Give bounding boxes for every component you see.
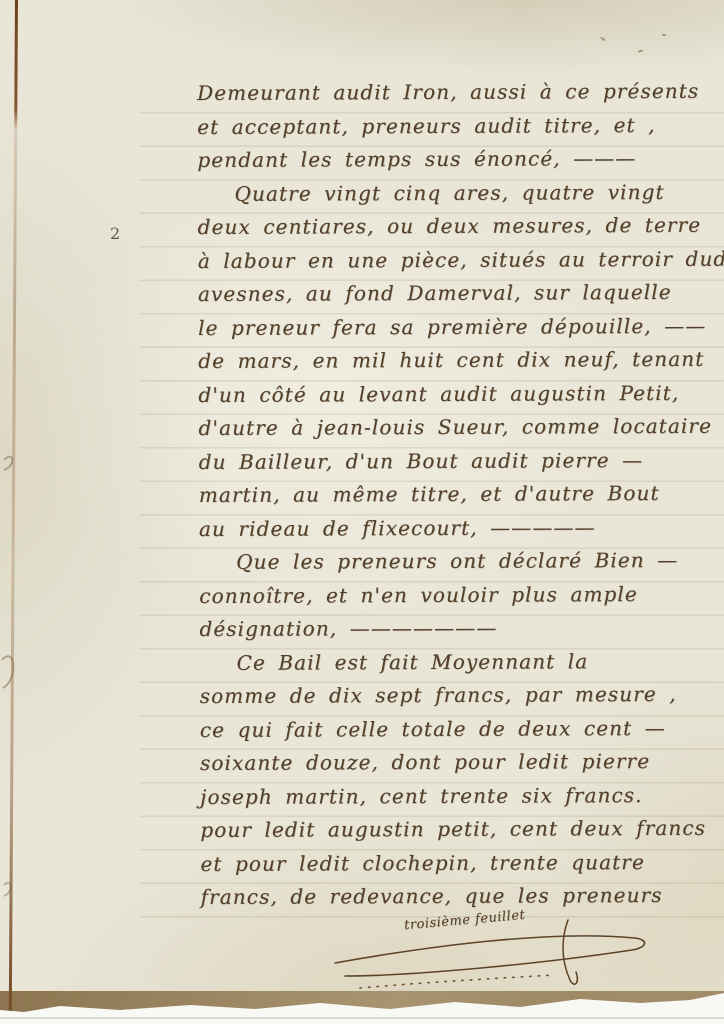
folio-number: 2	[110, 224, 120, 243]
ink-specks	[590, 30, 680, 70]
manuscript-line: du Bailleur, d'un Bout audit pierre —	[199, 443, 724, 479]
manuscript-page: 2 Demeurant audit Iron, aussi à ce prése…	[0, 0, 724, 1013]
manuscript-line: Que les preneurs ont déclaré Bien —	[199, 544, 724, 580]
signature-flourish-icon	[320, 918, 660, 996]
manuscript-line: deux centiares, ou deux mesures, de terr…	[198, 209, 724, 245]
manuscript-line: somme de dix sept francs, par mesure ,	[200, 678, 724, 714]
manuscript-line: à labour en une pièce, situés au terroir…	[198, 242, 724, 278]
manuscript-line: au rideau de flixecourt, —————	[199, 510, 724, 546]
manuscript-line: ce qui fait celle totale de deux cent —	[200, 711, 724, 747]
manuscript-line: le preneur fera sa première dépouille, —…	[198, 309, 724, 345]
manuscript-line: Quatre vingt cinq ares, quatre vingt	[197, 175, 724, 211]
ink-showthrough-marks	[0, 440, 30, 910]
manuscript-line: et acceptant, preneurs audit titre, et ,	[197, 108, 724, 144]
scanned-document: 2 Demeurant audit Iron, aussi à ce prése…	[0, 0, 724, 1024]
manuscript-line: avesnes, au fond Damerval, sur laquelle	[198, 276, 724, 312]
manuscript-line: joseph martin, cent trente six francs.	[200, 778, 724, 814]
manuscript-text: Demeurant audit Iron, aussi à ce présent…	[197, 75, 724, 915]
scan-background-line	[0, 1017, 724, 1019]
manuscript-line: soixante douze, dont pour ledit pierre	[200, 745, 724, 781]
manuscript-line: de mars, en mil huit cent dix neuf, tena…	[198, 343, 724, 379]
manuscript-line: d'un côté au levant audit augustin Petit…	[198, 376, 724, 412]
manuscript-line: connoître, et n'en vouloir plus ample	[199, 577, 724, 613]
manuscript-line: pendant les temps sus énoncé, ———	[197, 142, 724, 178]
manuscript-line: francs, de redevance, que les preneurs	[201, 879, 724, 915]
manuscript-line: pour ledit augustin petit, cent deux fra…	[200, 812, 724, 848]
manuscript-line: et pour ledit clochepin, trente quatre	[200, 845, 724, 881]
manuscript-line: Demeurant audit Iron, aussi à ce présent…	[197, 75, 724, 111]
manuscript-line: martin, au même titre, et d'autre Bout	[199, 477, 724, 513]
manuscript-line: désignation, ———————	[199, 611, 724, 647]
manuscript-line: Ce Bail est fait Moyennant la	[199, 644, 724, 680]
manuscript-line: d'autre à jean-louis Sueur, comme locata…	[198, 410, 724, 446]
